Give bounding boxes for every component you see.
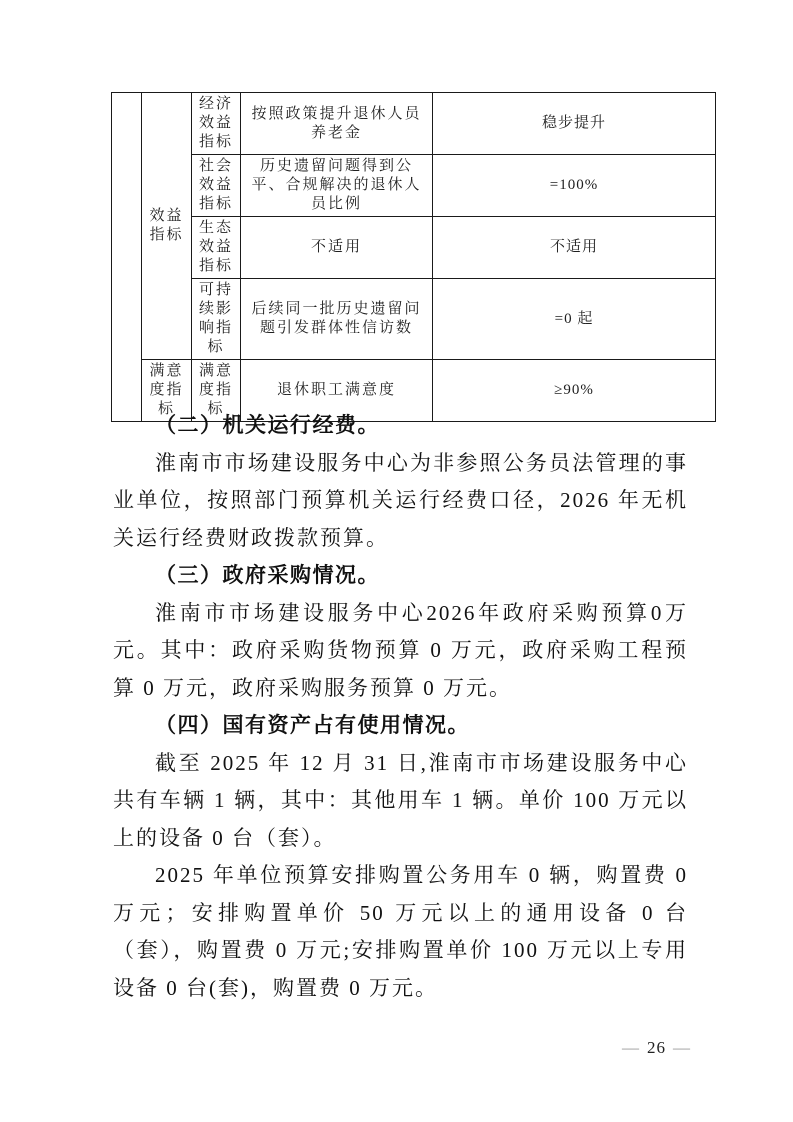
table-cell-indicator-desc: 不适用: [241, 217, 433, 279]
footer-dash-right: —: [673, 1038, 691, 1057]
table-cell-subindicator: 可持续影响指标: [192, 279, 241, 360]
section-heading-state-assets: （四）国有资产占有使用情况。: [113, 707, 688, 745]
table-row: 效益指标 经济效益指标 按照政策提升退休人员养老金 稳步提升: [112, 93, 716, 155]
paragraph-operating-funds: 淮南市市场建设服务中心为非参照公务员法管理的事业单位，按照部门预算机关运行经费口…: [113, 445, 688, 558]
footer-dash-left: —: [622, 1038, 640, 1057]
table-row: 生态效益指标 不适用 不适用: [112, 217, 716, 279]
table-cell-indicator-value: 不适用: [433, 217, 716, 279]
table-row: 可持续影响指标 后续同一批历史遗留问题引发群体性信访数 =0 起: [112, 279, 716, 360]
page-number: 26: [647, 1038, 666, 1057]
table-cell-indicator-value: =0 起: [433, 279, 716, 360]
table-cell-indicator-value: =100%: [433, 155, 716, 217]
document-body: （二）机关运行经费。 淮南市市场建设服务中心为非参照公务员法管理的事业单位，按照…: [113, 407, 688, 1007]
table-cell-benefit-group: 效益指标: [142, 93, 192, 360]
table-cell-subindicator: 经济效益指标: [192, 93, 241, 155]
table-cell-subindicator: 社会效益指标: [192, 155, 241, 217]
paragraph-state-assets-2: 2025 年单位预算安排购置公务用车 0 辆，购置费 0 万元；安排购置单价 5…: [113, 857, 688, 1007]
table-cell-indicator-desc: 后续同一批历史遗留问题引发群体性信访数: [241, 279, 433, 360]
table-cell-subindicator: 生态效益指标: [192, 217, 241, 279]
table-cell-indicator-desc: 历史遗留问题得到公平、合规解决的退休人员比例: [241, 155, 433, 217]
table-cell-continued-group: [112, 93, 142, 422]
performance-indicators-table: 效益指标 经济效益指标 按照政策提升退休人员养老金 稳步提升 社会效益指标 历史…: [111, 92, 716, 422]
paragraph-procurement: 淮南市市场建设服务中心2026年政府采购预算0万元。其中：政府采购货物预算 0 …: [113, 595, 688, 708]
table-cell-indicator-value: 稳步提升: [433, 93, 716, 155]
page-footer: —26—: [622, 1038, 691, 1058]
document-page: 效益指标 经济效益指标 按照政策提升退休人员养老金 稳步提升 社会效益指标 历史…: [0, 0, 793, 1122]
table-cell-indicator-desc: 按照政策提升退休人员养老金: [241, 93, 433, 155]
section-heading-procurement: （三）政府采购情况。: [113, 557, 688, 595]
section-heading-operating-funds: （二）机关运行经费。: [113, 407, 688, 445]
table-row: 社会效益指标 历史遗留问题得到公平、合规解决的退休人员比例 =100%: [112, 155, 716, 217]
paragraph-state-assets-1: 截至 2025 年 12 月 31 日,淮南市市场建设服务中心共有车辆 1 辆，…: [113, 745, 688, 858]
